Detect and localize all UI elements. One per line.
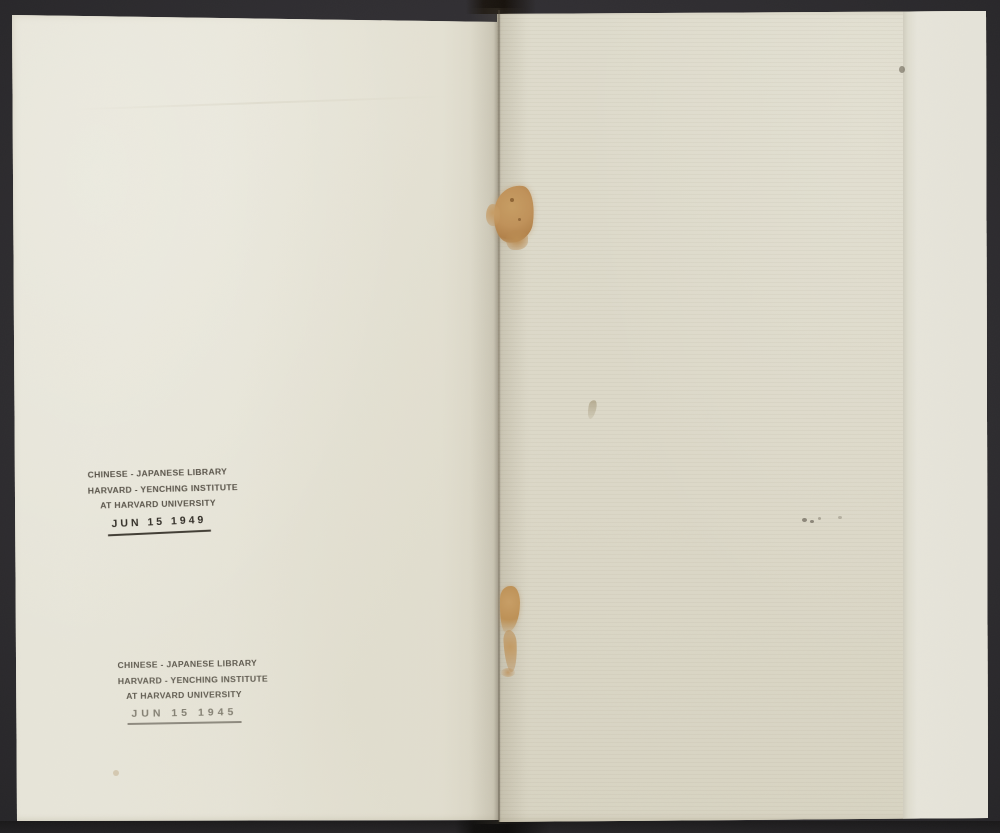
scanner-bed-shadow	[0, 821, 1000, 833]
stamp-date: JUN 15 1945	[127, 705, 241, 726]
book-spine-top	[466, 0, 536, 14]
library-stamp-upper: CHINESE - JAPANESE LIBRARY HARVARD - YEN…	[87, 464, 229, 535]
stamp-line-library: CHINESE - JAPANESE LIBRARY	[117, 656, 249, 674]
library-stamp-lower: CHINESE - JAPANESE LIBRARY HARVARD - YEN…	[117, 656, 250, 726]
gutter-fold-line	[498, 10, 500, 822]
paper-crease	[69, 95, 449, 110]
left-page	[9, 12, 501, 822]
stamp-date: JUN 15 1949	[107, 512, 211, 535]
page-edge-strip	[903, 10, 988, 822]
scanner-bed: CHINESE - JAPANESE LIBRARY HARVARD - YEN…	[0, 0, 1000, 833]
right-page	[497, 10, 988, 822]
